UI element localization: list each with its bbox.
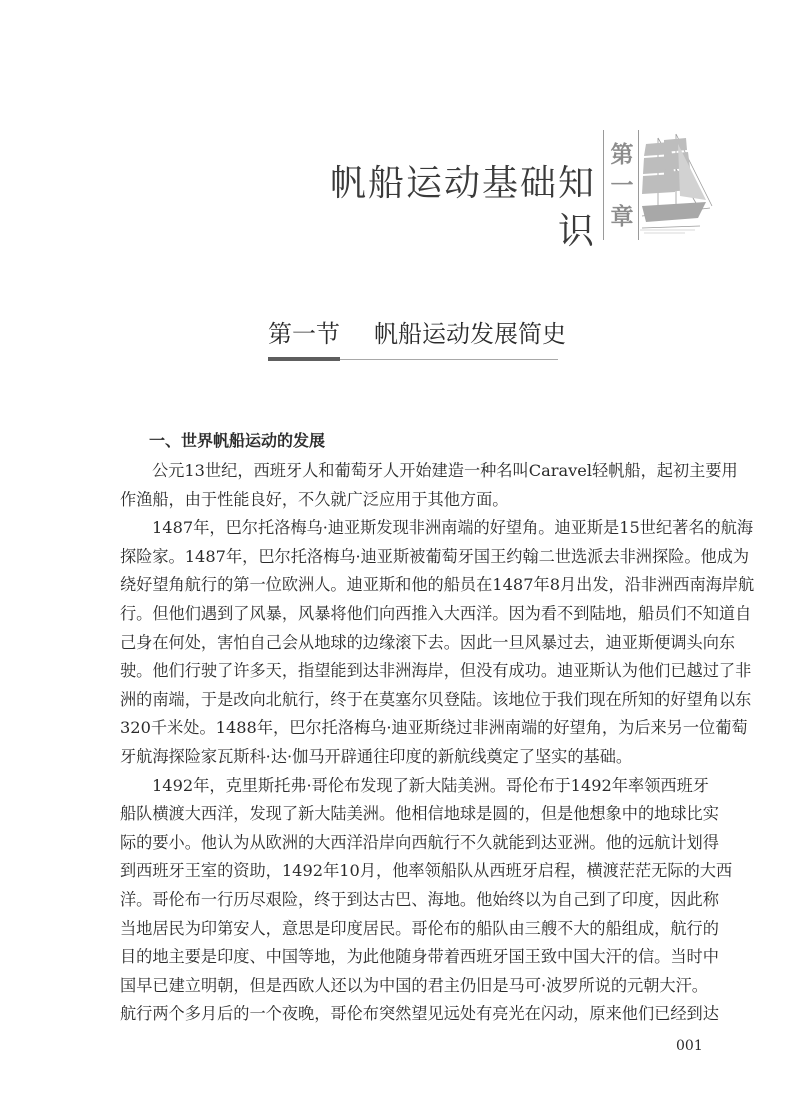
- paragraph: 1487年，巴尔托洛梅乌·迪亚斯发现非洲南端的好望角。迪亚斯是15世纪著名的航海…: [120, 514, 708, 771]
- text-line: 320千米处。1488年，巴尔托洛梅乌·迪亚斯绕过非洲南端的好望角，为后来另一位…: [120, 714, 708, 743]
- text-line: 1492年，克里斯托弗·哥伦布发现了新大陆美洲。哥伦布于1492年率领西班牙: [120, 772, 708, 801]
- sailing-ship-icon: [640, 130, 715, 238]
- paragraph: 公元13世纪，西班牙人和葡萄牙人开始建造一种名叫Caravel轻帆船，起初主要用…: [120, 457, 708, 514]
- chapter-title: 帆船运动基础知识: [300, 160, 596, 256]
- section-number: 第一节: [268, 318, 354, 350]
- section-heading: 第一节帆船运动发展简史: [268, 318, 558, 358]
- chapter-label-char: 章: [608, 202, 636, 233]
- text-line: 目的地主要是印度、中国等地，为此他随身带着西班牙国王致中国大汗的信。当时中: [120, 943, 708, 972]
- text-line: 船队横渡大西洋，发现了新大陆美洲。他相信地球是圆的，但是他想象中的地球比实: [120, 800, 708, 829]
- text-line: 当地居民为印第安人，意思是印度居民。哥伦布的船队由三艘不大的船组成，航行的: [120, 915, 708, 944]
- text-line: 驶。他们行驶了许多天，指望能到达非洲海岸，但没有成功。迪亚斯认为他们已越过了非: [120, 657, 708, 686]
- chapter-label-char: 第: [608, 140, 636, 171]
- chapter-label-char: 一: [608, 171, 636, 202]
- chapter-label: 第 一 章: [608, 140, 636, 233]
- text-line: 到西班牙王室的资助，1492年10月，他率领船队从西班牙启程，横渡茫茫无际的大西: [120, 857, 708, 886]
- text-line: 公元13世纪，西班牙人和葡萄牙人开始建造一种名叫Caravel轻帆船，起初主要用: [120, 457, 708, 486]
- page-number: 001: [676, 1038, 703, 1054]
- text-line: 探险家。1487年，巴尔托洛梅乌·迪亚斯被葡萄牙国王约翰二世选派去非洲探险。他成…: [120, 543, 708, 572]
- paragraph: 1492年，克里斯托弗·哥伦布发现了新大陆美洲。哥伦布于1492年率领西班牙 船…: [120, 772, 708, 1029]
- chapter-label-divider-left: [603, 130, 604, 240]
- section-number-underline: [268, 357, 340, 361]
- text-line: 国早已建立明朝，但是西欧人还以为中国的君主仍旧是马可·波罗所说的元朝大汗。: [120, 972, 708, 1001]
- section-title: 帆船运动发展简史: [374, 320, 566, 348]
- text-line: 1487年，巴尔托洛梅乌·迪亚斯发现非洲南端的好望角。迪亚斯是15世纪著名的航海: [120, 514, 708, 543]
- text-line: 行。但他们遇到了风暴，风暴将他们向西推入大西洋。因为看不到陆地，船员们不知道自: [120, 600, 708, 629]
- text-line: 际的要小。他认为从欧洲的大西洋沿岸向西航行不久就能到达亚洲。他的远航计划得: [120, 829, 708, 858]
- text-line: 己身在何处，害怕自己会从地球的边缘滚下去。因此一旦风暴过去，迪亚斯便调头向东: [120, 629, 708, 658]
- text-line: 洋。哥伦布一行历尽艰险，终于到达古巴、海地。他始终以为自己到了印度，因此称: [120, 886, 708, 915]
- text-line: 作渔船，由于性能良好，不久就广泛应用于其他方面。: [120, 486, 708, 515]
- text-line: 牙航海探险家瓦斯科·达·伽马开辟通往印度的新航线奠定了坚实的基础。: [120, 743, 708, 772]
- body-text: 公元13世纪，西班牙人和葡萄牙人开始建造一种名叫Caravel轻帆船，起初主要用…: [120, 457, 708, 1029]
- text-line: 洲的南端，于是改向北航行，终于在莫塞尔贝登陆。该地位于我们现在所知的好望角以东: [120, 686, 708, 715]
- text-line: 航行两个多月后的一个夜晚，哥伦布突然望见远处有亮光在闪动，原来他们已经到达: [120, 1000, 708, 1029]
- subsection-heading: 一、世界帆船运动的发展: [149, 429, 325, 453]
- chapter-label-divider-right: [638, 130, 639, 240]
- text-line: 绕好望角航行的第一位欧洲人。迪亚斯和他的船员在1487年8月出发，沿非洲西南海岸…: [120, 571, 708, 600]
